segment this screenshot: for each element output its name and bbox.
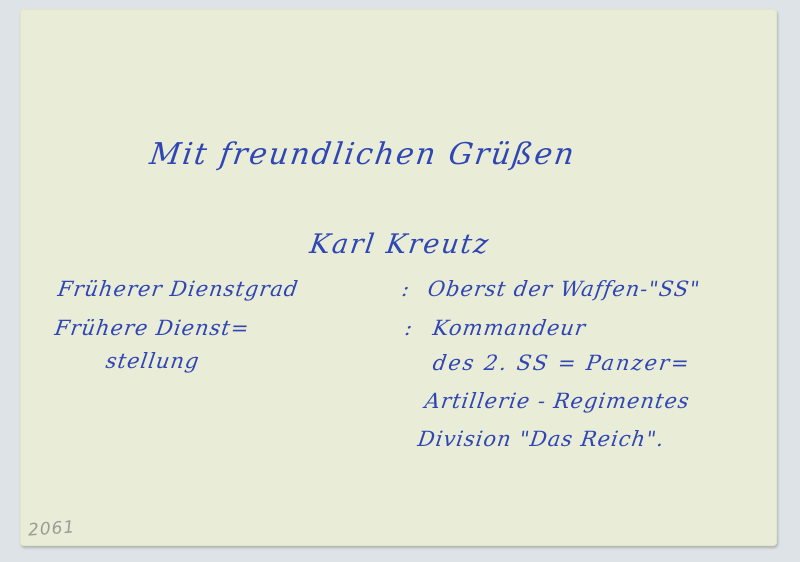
field-value-position-line3: Artillerie - Regimentes [423, 389, 691, 413]
handwritten-card: Mit freundlichen Grüßen Karl Kreutz Früh… [20, 9, 777, 546]
field-separator-rank: : [400, 277, 411, 301]
field-label-position-line2: stellung [104, 349, 201, 373]
signature-name: Karl Kreutz [308, 229, 492, 260]
field-value-position-line2: des 2. SS = Panzer= [431, 351, 692, 375]
field-label-rank: Früherer Dienstgrad [56, 277, 300, 301]
field-separator-position: : [403, 316, 414, 340]
greeting-text: Mit freundlichen Grüßen [148, 137, 579, 172]
field-label-position-line1: Frühere Dienst= [53, 316, 251, 340]
pencil-inventory-number: 2061 [27, 517, 76, 540]
field-value-position-line4: Division "Das Reich". [416, 427, 666, 451]
field-value-rank: Oberst der Waffen-"SS" [426, 277, 702, 301]
field-value-position-line1: Kommandeur [431, 316, 587, 340]
